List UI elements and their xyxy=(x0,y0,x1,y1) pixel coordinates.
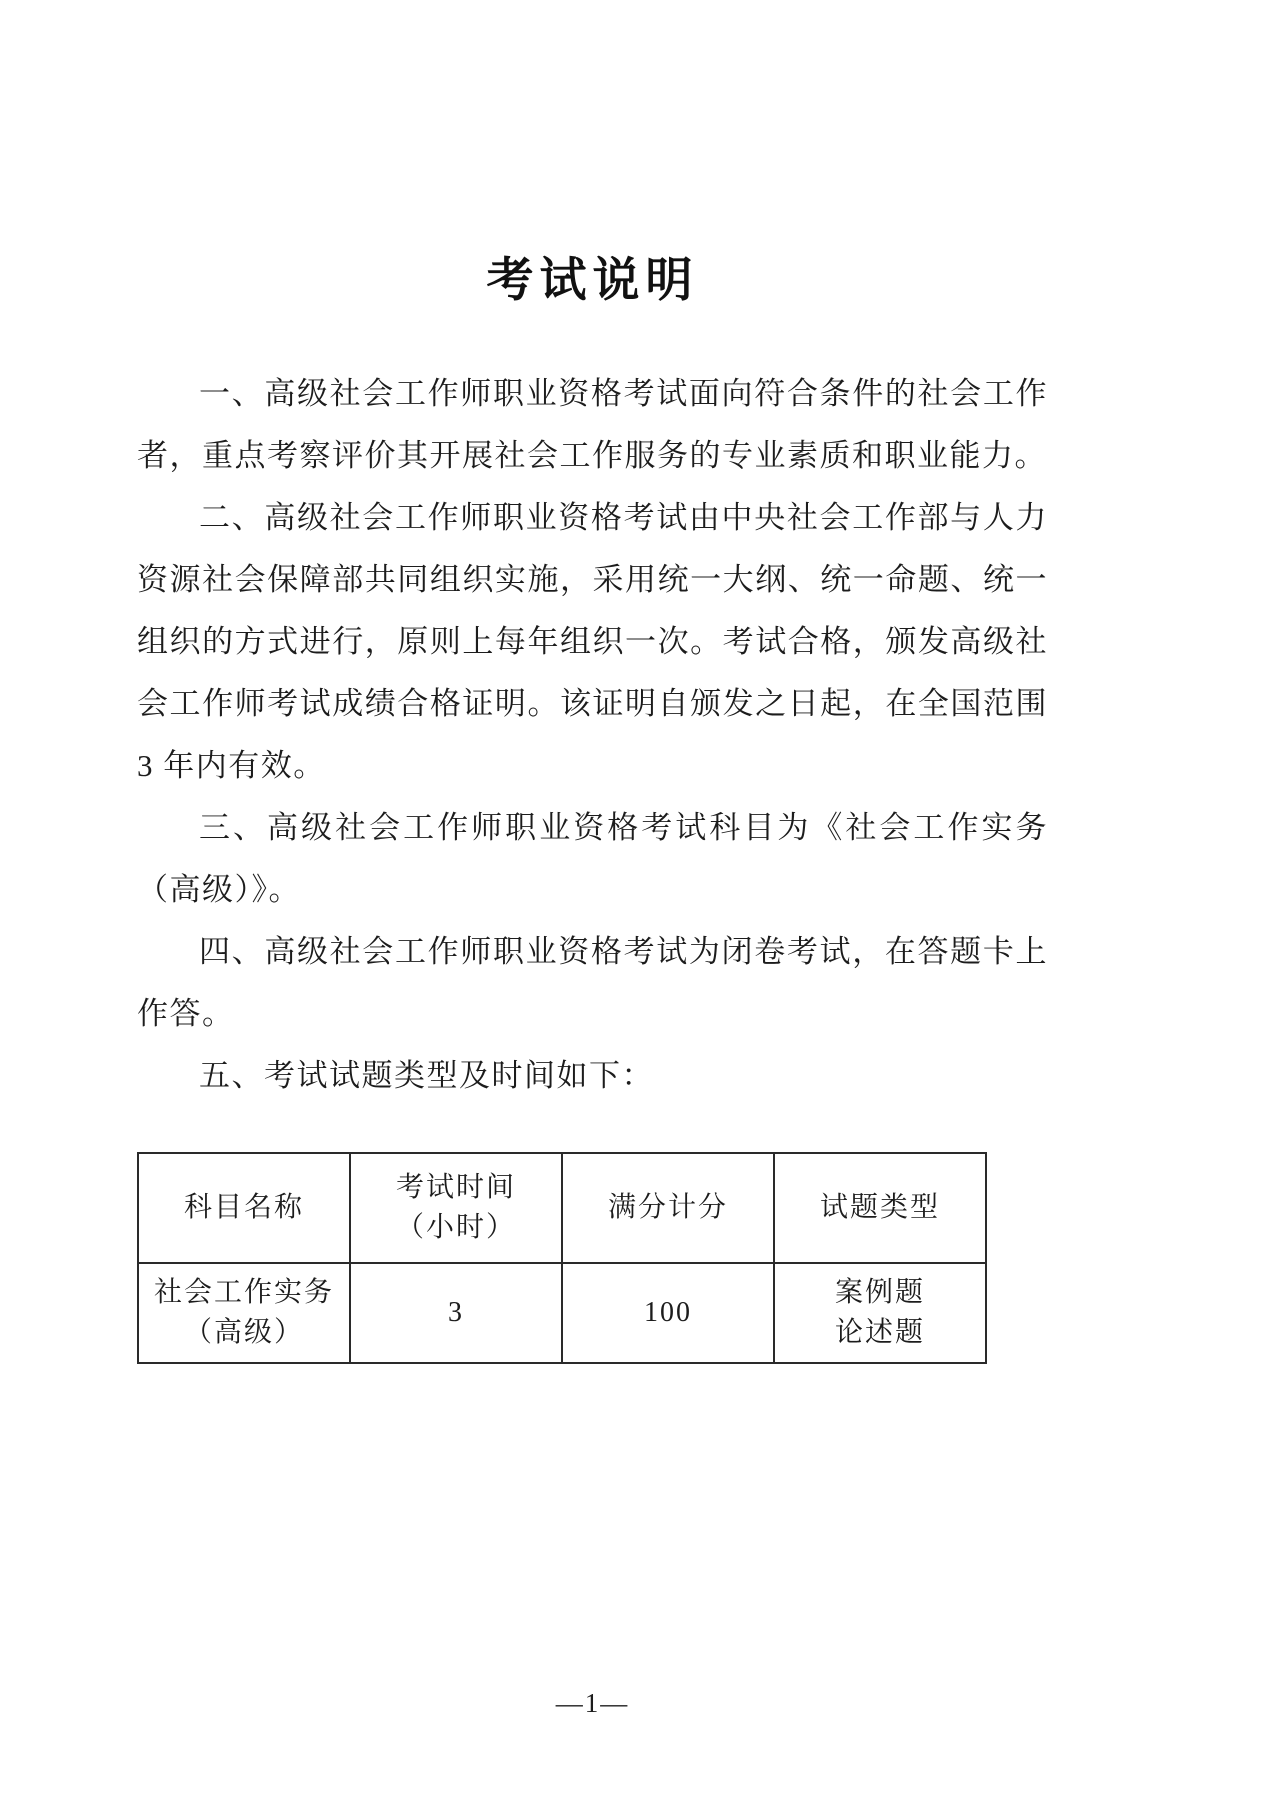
paragraph-5: 五、考试试题类型及时间如下： xyxy=(137,1045,1048,1107)
paragraph-2: 二、高级社会工作师职业资格考试由中央社会工作部与人力资源社会保障部共同组织实施，… xyxy=(137,487,1048,797)
header-full-score: 满分计分 xyxy=(562,1153,774,1263)
content-area: 考试说明 一、高级社会工作师职业资格考试面向符合条件的社会工作者，重点考察评价其… xyxy=(137,0,1048,1364)
document-page: 考试说明 一、高级社会工作师职业资格考试面向符合条件的社会工作者，重点考察评价其… xyxy=(0,0,1280,1810)
paragraph-1: 一、高级社会工作师职业资格考试面向符合条件的社会工作者，重点考察评价其开展社会工… xyxy=(137,363,1048,487)
paragraph-4: 四、高级社会工作师职业资格考试为闭卷考试，在答题卡上作答。 xyxy=(137,921,1048,1045)
document-body: 一、高级社会工作师职业资格考试面向符合条件的社会工作者，重点考察评价其开展社会工… xyxy=(137,363,1048,1107)
cell-question-types: 案例题 论述题 xyxy=(774,1263,986,1363)
table-header: 科目名称 考试时间 （小时） 满分计分 试题类型 xyxy=(138,1153,986,1263)
header-exam-duration: 考试时间 （小时） xyxy=(350,1153,562,1263)
header-question-types: 试题类型 xyxy=(774,1153,986,1263)
page-title: 考试说明 xyxy=(137,243,1048,310)
cell-exam-duration: 3 xyxy=(350,1263,562,1363)
table-header-row: 科目名称 考试时间 （小时） 满分计分 试题类型 xyxy=(138,1153,986,1263)
page-number: —1— xyxy=(137,1688,1048,1719)
header-subject-name: 科目名称 xyxy=(138,1153,350,1263)
cell-subject-name: 社会工作实务 （高级） xyxy=(138,1263,350,1363)
cell-full-score: 100 xyxy=(562,1263,774,1363)
paragraph-3: 三、高级社会工作师职业资格考试科目为《社会工作实务（高级）》。 xyxy=(137,797,1048,921)
exam-schedule-table: 科目名称 考试时间 （小时） 满分计分 试题类型 社会工作实务 （高级） 3 1… xyxy=(137,1152,987,1364)
table-body: 社会工作实务 （高级） 3 100 案例题 论述题 xyxy=(138,1263,986,1363)
table-row: 社会工作实务 （高级） 3 100 案例题 论述题 xyxy=(138,1263,986,1363)
